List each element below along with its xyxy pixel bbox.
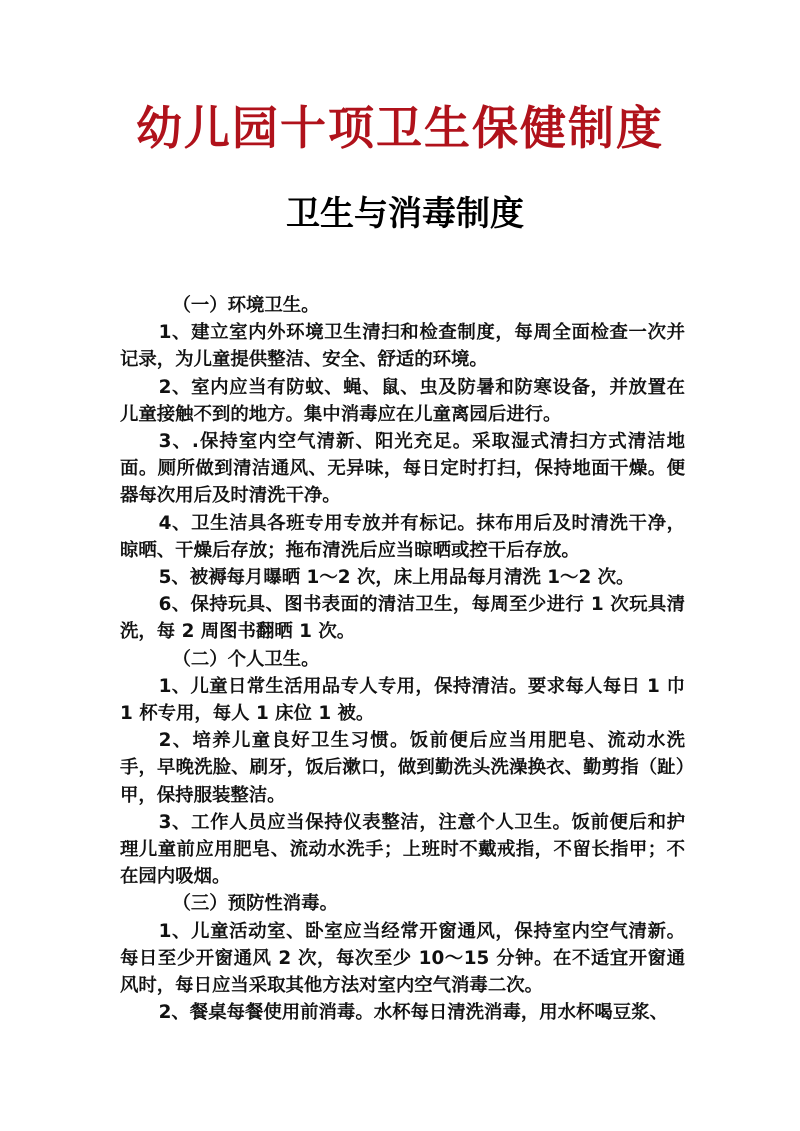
paragraph: 2、餐桌每餐使用前消毒。水杯每日清洗消毒，用水杯喝豆浆、 — [120, 999, 685, 1026]
paragraph: 2、室内应当有防蚊、蝇、鼠、虫及防暑和防寒设备，并放置在儿童接触不到的地方。集中… — [120, 374, 685, 428]
paragraph: 2、培养儿童良好卫生习惯。饭前便后应当用肥皂、流动水洗手，早晚洗脸、刷牙，饭后漱… — [120, 727, 685, 809]
paragraph: 4、卫生洁具各班专用专放并有标记。抹布用后及时清洗干净，晾晒、干燥后存放；拖布清… — [120, 510, 685, 564]
document-page: 幼儿园十项卫生保健制度 卫生与消毒制度 （一）环境卫生。 1、建立室内外环境卫生… — [0, 0, 800, 1131]
section-heading-personal: （二）个人卫生。 — [120, 646, 685, 673]
paragraph: 3、.保持室内空气清新、阳光充足。采取湿式清扫方式清洁地面。厕所做到清洁通风、无… — [120, 428, 685, 510]
section-heading-disinfection: （三）预防性消毒。 — [120, 890, 685, 917]
paragraph: 5、被褥每月曝晒 1～2 次，床上用品每月清洗 1～2 次。 — [120, 564, 685, 591]
paragraph: 1、儿童日常生活用品专人专用，保持清洁。要求每人每日 1 巾 1 杯专用，每人 … — [120, 673, 685, 727]
paragraph: 1、建立室内外环境卫生清扫和检查制度，每周全面检查一次并记录，为儿童提供整洁、安… — [120, 319, 685, 373]
document-body: （一）环境卫生。 1、建立室内外环境卫生清扫和检查制度，每周全面检查一次并记录，… — [120, 292, 685, 1026]
document-subtitle: 卫生与消毒制度 — [0, 192, 800, 236]
paragraph: 3、工作人员应当保持仪表整洁，注意个人卫生。饭前便后和护理儿童前应用肥皂、流动水… — [120, 809, 685, 891]
paragraph: 1、儿童活动室、卧室应当经常开窗通风，保持室内空气清新。每日至少开窗通风 2 次… — [120, 918, 685, 1000]
paragraph: 6、保持玩具、图书表面的清洁卫生，每周至少进行 1 次玩具清洗，每 2 周图书翻… — [120, 591, 685, 645]
document-title: 幼儿园十项卫生保健制度 — [0, 100, 800, 156]
section-heading-environment: （一）环境卫生。 — [120, 292, 685, 319]
